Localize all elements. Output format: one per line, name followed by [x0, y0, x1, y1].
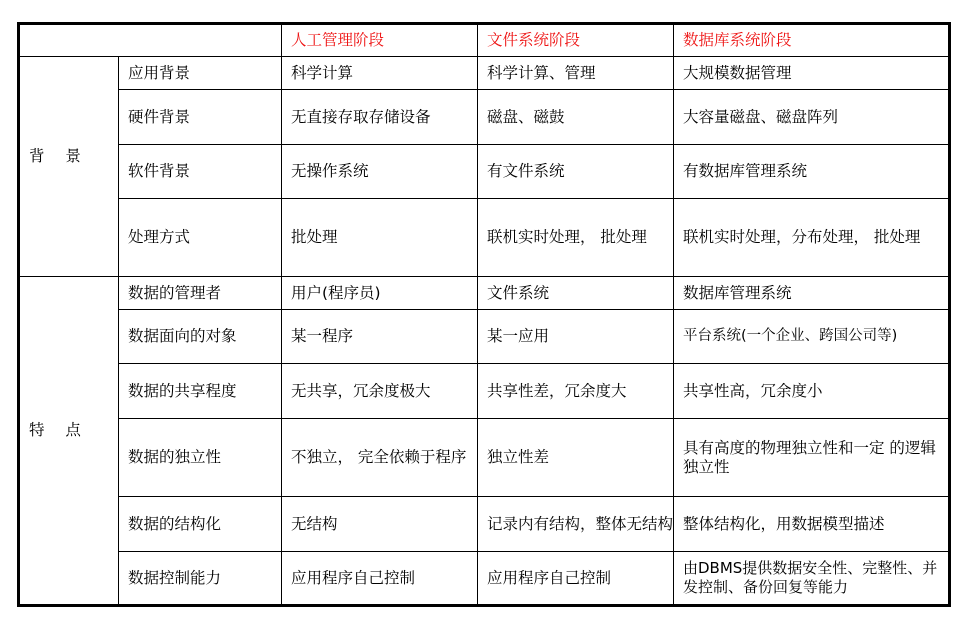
value-cell: 有文件系统 — [478, 145, 674, 199]
value-cell: 平台系统(一个企业、跨国公司等) — [674, 310, 950, 364]
aspect-cell: 数据的结构化 — [119, 497, 282, 552]
value-cell: 某一程序 — [282, 310, 478, 364]
value-cell: 由DBMS提供数据安全性、完整性、并发控制、备份回复等能力 — [674, 552, 950, 606]
table-row: 背 景 应用背景 科学计算 科学计算、管理 大规模数据管理 — [19, 57, 950, 90]
value-cell: 无操作系统 — [282, 145, 478, 199]
value-cell: 联机实时处理，分布处理， 批处理 — [674, 199, 950, 277]
header-blank-cell — [19, 24, 282, 57]
aspect-cell: 数据的独立性 — [119, 419, 282, 497]
table-row: 数据控制能力 应用程序自己控制 应用程序自己控制 由DBMS提供数据安全性、完整… — [19, 552, 950, 606]
aspect-cell: 数据面向的对象 — [119, 310, 282, 364]
aspect-cell: 数据的共享程度 — [119, 364, 282, 419]
value-cell: 独立性差 — [478, 419, 674, 497]
aspect-cell: 应用背景 — [119, 57, 282, 90]
table-row: 数据的共享程度 无共享，冗余度极大 共享性差，冗余度大 共享性高，冗余度小 — [19, 364, 950, 419]
value-cell: 整体结构化，用数据模型描述 — [674, 497, 950, 552]
value-cell: 大容量磁盘、磁盘阵列 — [674, 90, 950, 145]
value-cell: 批处理 — [282, 199, 478, 277]
table-row: 数据面向的对象 某一程序 某一应用 平台系统(一个企业、跨国公司等) — [19, 310, 950, 364]
value-cell: 应用程序自己控制 — [478, 552, 674, 606]
aspect-cell: 软件背景 — [119, 145, 282, 199]
group-label-characteristics: 特 点 — [19, 277, 119, 606]
aspect-cell: 硬件背景 — [119, 90, 282, 145]
table-row: 数据的结构化 无结构 记录内有结构，整体无结构 整体结构化，用数据模型描述 — [19, 497, 950, 552]
header-manual-stage: 人工管理阶段 — [282, 24, 478, 57]
group-label-background: 背 景 — [19, 57, 119, 277]
header-row: 人工管理阶段 文件系统阶段 数据库系统阶段 — [19, 24, 950, 57]
value-cell: 科学计算、管理 — [478, 57, 674, 90]
value-cell: 共享性高，冗余度小 — [674, 364, 950, 419]
comparison-table: 人工管理阶段 文件系统阶段 数据库系统阶段 背 景 应用背景 科学计算 科学计算… — [17, 22, 951, 607]
header-database-stage: 数据库系统阶段 — [674, 24, 950, 57]
aspect-cell: 处理方式 — [119, 199, 282, 277]
value-cell: 具有高度的物理独立性和一定 的逻辑独立性 — [674, 419, 950, 497]
aspect-cell: 数据的管理者 — [119, 277, 282, 310]
value-cell: 无结构 — [282, 497, 478, 552]
value-cell: 共享性差，冗余度大 — [478, 364, 674, 419]
table-row: 数据的独立性 不独立， 完全依赖于程序 独立性差 具有高度的物理独立性和一定 的… — [19, 419, 950, 497]
value-cell: 应用程序自己控制 — [282, 552, 478, 606]
value-cell: 记录内有结构，整体无结构 — [478, 497, 674, 552]
table-row: 处理方式 批处理 联机实时处理， 批处理 联机实时处理，分布处理， 批处理 — [19, 199, 950, 277]
value-cell: 无共享，冗余度极大 — [282, 364, 478, 419]
value-cell: 科学计算 — [282, 57, 478, 90]
table-row: 硬件背景 无直接存取存储设备 磁盘、磁鼓 大容量磁盘、磁盘阵列 — [19, 90, 950, 145]
value-cell: 无直接存取存储设备 — [282, 90, 478, 145]
value-cell: 大规模数据管理 — [674, 57, 950, 90]
value-cell: 联机实时处理， 批处理 — [478, 199, 674, 277]
table-row: 特 点 数据的管理者 用户(程序员) 文件系统 数据库管理系统 — [19, 277, 950, 310]
value-cell: 磁盘、磁鼓 — [478, 90, 674, 145]
value-cell: 文件系统 — [478, 277, 674, 310]
value-cell: 用户(程序员) — [282, 277, 478, 310]
value-cell: 某一应用 — [478, 310, 674, 364]
value-cell: 有数据库管理系统 — [674, 145, 950, 199]
header-file-system-stage: 文件系统阶段 — [478, 24, 674, 57]
value-cell: 数据库管理系统 — [674, 277, 950, 310]
table-row: 软件背景 无操作系统 有文件系统 有数据库管理系统 — [19, 145, 950, 199]
aspect-cell: 数据控制能力 — [119, 552, 282, 606]
value-cell: 不独立， 完全依赖于程序 — [282, 419, 478, 497]
